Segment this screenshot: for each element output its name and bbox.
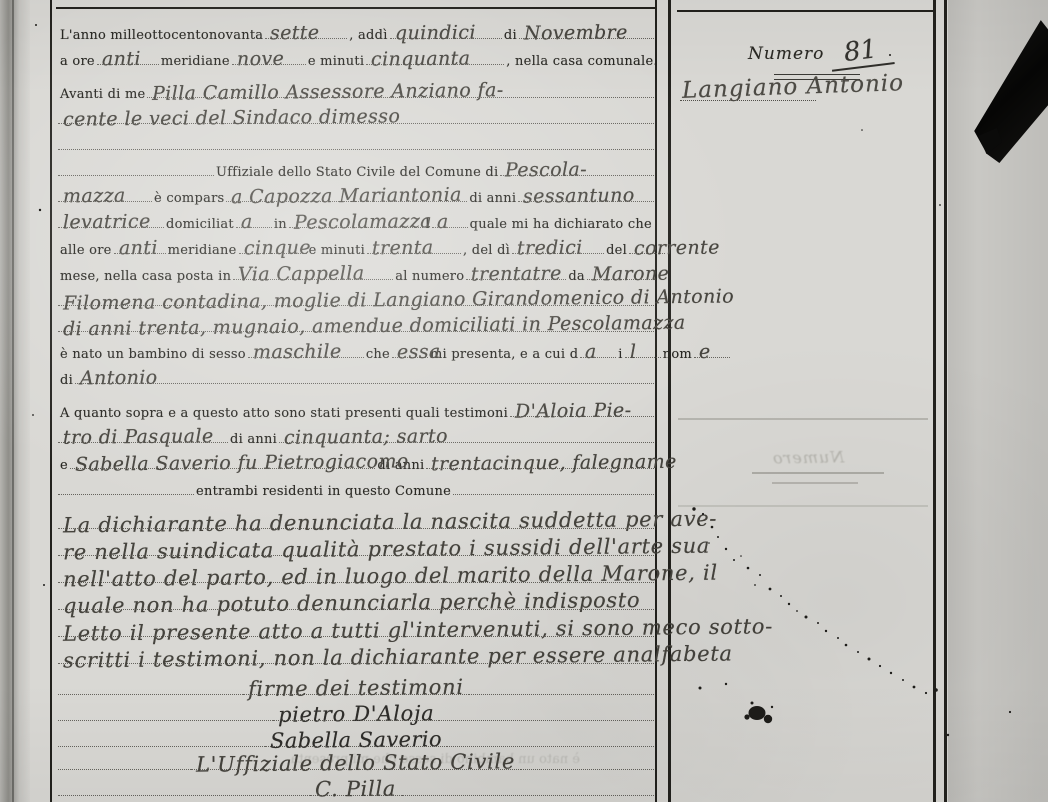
frame-top-border-left <box>56 7 657 9</box>
handwritten-entry: Via Cappella <box>233 265 393 284</box>
handwriting: Sabella Saverio <box>270 729 442 752</box>
handwriting: quale non ha potuto denunciarla perchè i… <box>63 590 641 617</box>
printed-text: , nella casa comunale. <box>506 54 658 69</box>
form-line: A quanto sopra e a questo atto sono stat… <box>58 402 654 428</box>
handwritten-entry: di anni trenta, mugnaio, amendue domicil… <box>58 317 654 336</box>
handwritten-entry: trentatre <box>466 265 566 284</box>
printed-text: quale mi ha dichiarato che <box>470 217 652 232</box>
handwritten-entry: D'Aloia Pie- <box>510 402 654 421</box>
form-line: L'Uffiziale dello Stato Civile <box>58 753 654 779</box>
handwritten-entry: maschile <box>248 343 364 362</box>
handwriting: re nella suindicata qualità prestato i s… <box>63 536 710 564</box>
handwritten-entry: trenta <box>367 239 461 258</box>
handwriting: a Capozza Mariantonia <box>231 186 462 207</box>
handwriting: L'Uffiziale dello Stato Civile <box>196 751 515 775</box>
handwriting: pietro D'Aloja <box>278 703 435 726</box>
bleed-through-line <box>678 505 928 507</box>
form-line: diAntonio <box>58 369 654 395</box>
handwritten-entry: a Capozza Mariantonia <box>226 187 467 206</box>
handwritten-entry: cinquanta; sarto <box>279 428 654 447</box>
bleed-through-text: Numero <box>772 447 845 467</box>
handwriting: cente le veci del Sindaco dimesso <box>63 107 400 130</box>
handwriting: levatrice <box>63 213 151 233</box>
act-number-row: Numero81 <box>748 36 893 68</box>
handwritten-entry: pietro D'Aloja <box>273 704 439 725</box>
handwritten-entry: Pescola- <box>500 161 654 180</box>
handwriting: trentacinque, falegname <box>431 453 677 475</box>
printed-text: in <box>274 217 287 232</box>
form-line: entrambi residenti in questo Comune <box>58 480 654 506</box>
printed-text: entrambi residenti in questo Comune <box>196 484 451 499</box>
dotted-blank <box>58 161 214 180</box>
handwriting: nell'atto del parto, ed in luogo del mar… <box>63 563 718 591</box>
handwritten-entry: Antonio <box>75 369 654 388</box>
bleed-through-rule <box>752 472 884 474</box>
handwriting: D'Aloia Pie- <box>515 401 632 421</box>
handwritten-entry: essa <box>392 343 428 362</box>
form-line: Uffiziale dello Stato Civile del Comune … <box>58 161 654 187</box>
dotted-blank <box>58 706 273 725</box>
dotted-blank <box>58 680 243 699</box>
handwriting: Antonio <box>80 369 158 389</box>
handwritten-entry: a <box>580 343 616 362</box>
printed-text: , del dì <box>463 243 510 258</box>
printed-text: A quanto sopra e a questo atto sono stat… <box>60 406 508 421</box>
bleed-through-line <box>678 418 928 420</box>
handwritten-entry: corrente <box>629 239 665 258</box>
handwriting: essa <box>397 343 441 362</box>
dotted-blank <box>58 755 191 774</box>
handwriting: C. Pilla <box>315 779 396 801</box>
registered-name-annotation: Langiano Antonio <box>682 76 810 99</box>
handwritten-entry: Sabella Saverio <box>265 730 447 751</box>
handwritten-entry: sette <box>265 24 347 43</box>
printed-text: di <box>504 28 517 43</box>
handwriting: quindici <box>395 24 476 44</box>
handwriting: anti <box>119 239 158 258</box>
dotted-blank <box>453 480 654 499</box>
dotted-blank <box>58 135 654 154</box>
numero-label: Numero <box>748 44 824 64</box>
handwriting: firme dei testimoni <box>248 677 464 700</box>
form-line: alle oreantimeridianecinquee minutitrent… <box>58 239 654 265</box>
handwritten-entry: a <box>432 213 468 232</box>
binding-gutter-shadow <box>0 0 30 802</box>
form-line: scritti i testimoni, non la dichiarante … <box>58 647 654 674</box>
handwritten-entry: re nella suindicata qualità prestato i s… <box>58 539 654 560</box>
form-line: a oreantimeridianenovee minuticinquanta,… <box>58 50 654 76</box>
printed-text: da <box>568 269 585 284</box>
form-line: Sabella Saverio <box>58 730 654 753</box>
handwritten-entry: C. Pilla <box>310 779 401 800</box>
printed-text: del <box>606 243 627 258</box>
handwritten-entry: Letto il presente atto a tutti gl'interv… <box>58 620 654 641</box>
handwritten-entry: cente le veci del Sindaco dimesso <box>58 109 654 128</box>
handwriting: Via Cappella <box>238 264 365 284</box>
form-line: firme dei testimoni <box>58 678 654 704</box>
form-line: eSabella Saverio fu Pietrogiacomodi anni… <box>58 454 654 480</box>
handwriting: sette <box>270 24 320 44</box>
handwritten-entry: l <box>625 343 661 362</box>
form-line <box>58 135 654 161</box>
handwriting: maschile <box>253 343 342 363</box>
printed-text: alle ore <box>60 243 112 258</box>
handwriting: mazza <box>63 187 126 207</box>
handwritten-entry: firme dei testimoni <box>243 678 469 699</box>
scanned-register-page: L'anno milleottocentonovantasette, addìq… <box>0 0 1048 802</box>
handwriting: cinquanta <box>371 49 471 69</box>
handwritten-entry: anti <box>114 239 166 258</box>
printed-text: e minuti <box>309 243 365 258</box>
handwriting: anti <box>102 50 141 69</box>
form-line: è nato un bambino di sessomaschilecheess… <box>58 343 654 369</box>
margin-column: Numero81 Langiano Antonio Numero <box>676 10 934 802</box>
handwritten-entry: quindici <box>390 24 502 43</box>
handwriting: Langiano Antonio <box>682 72 905 103</box>
handwritten-entry: Sabella Saverio fu Pietrogiacomo <box>70 454 375 473</box>
handwritten-entry: Pescolamazza <box>289 213 423 232</box>
handwritten-entry: nove <box>232 50 306 69</box>
handwritten-entry: Marone <box>587 265 654 284</box>
handwriting: Pescolamazza <box>294 212 432 232</box>
handwritten-entry: trentacinque, falegname <box>426 454 654 473</box>
printed-text: di <box>60 373 73 388</box>
handwritten-entry: La dichiarante ha denunciata la nascita … <box>58 512 654 533</box>
handwritten-entry: nell'atto del parto, ed in luogo del mar… <box>58 566 654 587</box>
frame-middle-border-outer <box>668 0 671 802</box>
handwriting: tredici <box>517 239 583 259</box>
handwriting: La dichiarante ha denunciata la nascita … <box>63 509 717 537</box>
dotted-blank <box>402 781 654 800</box>
form-line: di anni trenta, mugnaio, amendue domicil… <box>58 317 654 343</box>
handwritten-entry: levatrice <box>58 213 164 232</box>
handwritten-entry: cinquanta <box>366 50 504 69</box>
handwriting: cinque <box>243 239 310 259</box>
handwritten-entry: scritti i testimoni, non la dichiarante … <box>58 647 654 668</box>
printed-text: al numero <box>395 269 464 284</box>
dotted-blank <box>469 680 654 699</box>
printed-text: meridiane <box>161 54 230 69</box>
printed-text: i <box>618 347 622 362</box>
printed-text: , addì <box>349 28 387 43</box>
form-line: cente le veci del Sindaco dimesso <box>58 109 654 135</box>
handwritten-entry: mazza <box>58 187 152 206</box>
printed-text: è nato un bambino di sesso <box>60 347 246 362</box>
printed-text: e <box>60 458 68 473</box>
handwritten-entry: a <box>236 213 272 232</box>
act-text-column: L'anno milleottocentonovantasette, addìq… <box>58 10 654 802</box>
printed-text: domiciliat <box>166 217 234 232</box>
handwriting: nove <box>237 50 284 69</box>
handwriting: sessantuno <box>523 186 635 206</box>
printed-text: L'anno milleottocentonovanta <box>60 28 263 43</box>
frame-left-border <box>50 0 52 802</box>
handwritten-entry: anti <box>97 50 159 69</box>
handwritten-entry: L'Uffiziale dello Stato Civile <box>191 753 520 774</box>
act-number-value: 81 <box>829 32 896 71</box>
handwriting: Marone <box>592 265 669 285</box>
printed-text: che <box>366 347 390 362</box>
handwriting: Pescola- <box>505 161 587 181</box>
handwritten-entry: cinque <box>239 239 307 258</box>
binding-fold-line <box>12 0 14 802</box>
dotted-blank <box>521 755 654 774</box>
handwriting: scritti i testimoni, non la dichiarante … <box>63 643 733 671</box>
handwritten-entry: sessantuno <box>518 187 654 206</box>
dotted-blank <box>58 732 265 751</box>
handwriting: di anni trenta, mugnaio, amendue domicil… <box>63 314 686 340</box>
printed-text: Uffiziale dello Stato Civile del Comune … <box>216 165 498 180</box>
handwriting: cinquanta; sarto <box>284 427 448 448</box>
handwriting: l <box>630 343 637 362</box>
handwritten-entry: Filomena contadina, moglie di Langiano G… <box>58 291 654 310</box>
handwriting: a <box>437 213 449 232</box>
handwritten-entry: tro di Pasquale <box>58 428 228 447</box>
dotted-blank <box>58 781 310 800</box>
handwriting: Sabella Saverio fu Pietrogiacomo <box>75 452 409 474</box>
printed-text: e minuti <box>308 54 364 69</box>
printed-text: di anni <box>230 432 277 447</box>
bleed-through-rule <box>772 482 858 484</box>
form-line: levatricedomiciliatainPescolamazzalaqual… <box>58 213 654 239</box>
handwritten-entry: Novembre <box>519 24 654 43</box>
handwriting: Pilla Camillo Assessore Anziano fa- <box>152 81 504 104</box>
form-line: C. Pilla <box>58 779 654 802</box>
form-line: pietro D'Aloja <box>58 704 654 730</box>
printed-text: mese, nella casa posta in <box>60 269 231 284</box>
dotted-blank <box>58 480 194 499</box>
printed-text: meridiane <box>168 243 237 258</box>
form-line: mazzaè comparsa Capozza Mariantoniadi an… <box>58 187 654 213</box>
dotted-blank <box>439 706 654 725</box>
frame-middle-border-inner <box>655 0 657 802</box>
handwriting: a <box>241 213 253 232</box>
handwriting: a <box>585 343 597 362</box>
printed-text: mi presenta, e a cui d <box>430 347 578 362</box>
handwriting: trenta <box>372 239 434 259</box>
handwriting: Novembre <box>524 23 628 43</box>
handwriting: Letto il presente atto a tutti gl'interv… <box>63 616 773 644</box>
handwritten-entry: tredici <box>512 239 604 258</box>
printed-text: a ore <box>60 54 95 69</box>
handwritten-entry: quale non ha potuto denunciarla perchè i… <box>58 593 654 614</box>
handwritten-entry: Pilla Camillo Assessore Anziano fa- <box>147 83 654 102</box>
handwriting: tro di Pasquale <box>63 427 214 448</box>
handwriting: Filomena contadina, moglie di Langiano G… <box>63 287 734 313</box>
form-line: L'anno milleottocentonovantasette, addìq… <box>58 24 654 50</box>
printed-text: di anni <box>469 191 516 206</box>
frame-right-border-outer <box>944 0 947 802</box>
printed-text: è compars <box>154 191 224 206</box>
dotted-blank <box>447 732 654 751</box>
handwriting: trentatre <box>471 265 562 285</box>
printed-text: Avanti di me <box>60 87 145 102</box>
